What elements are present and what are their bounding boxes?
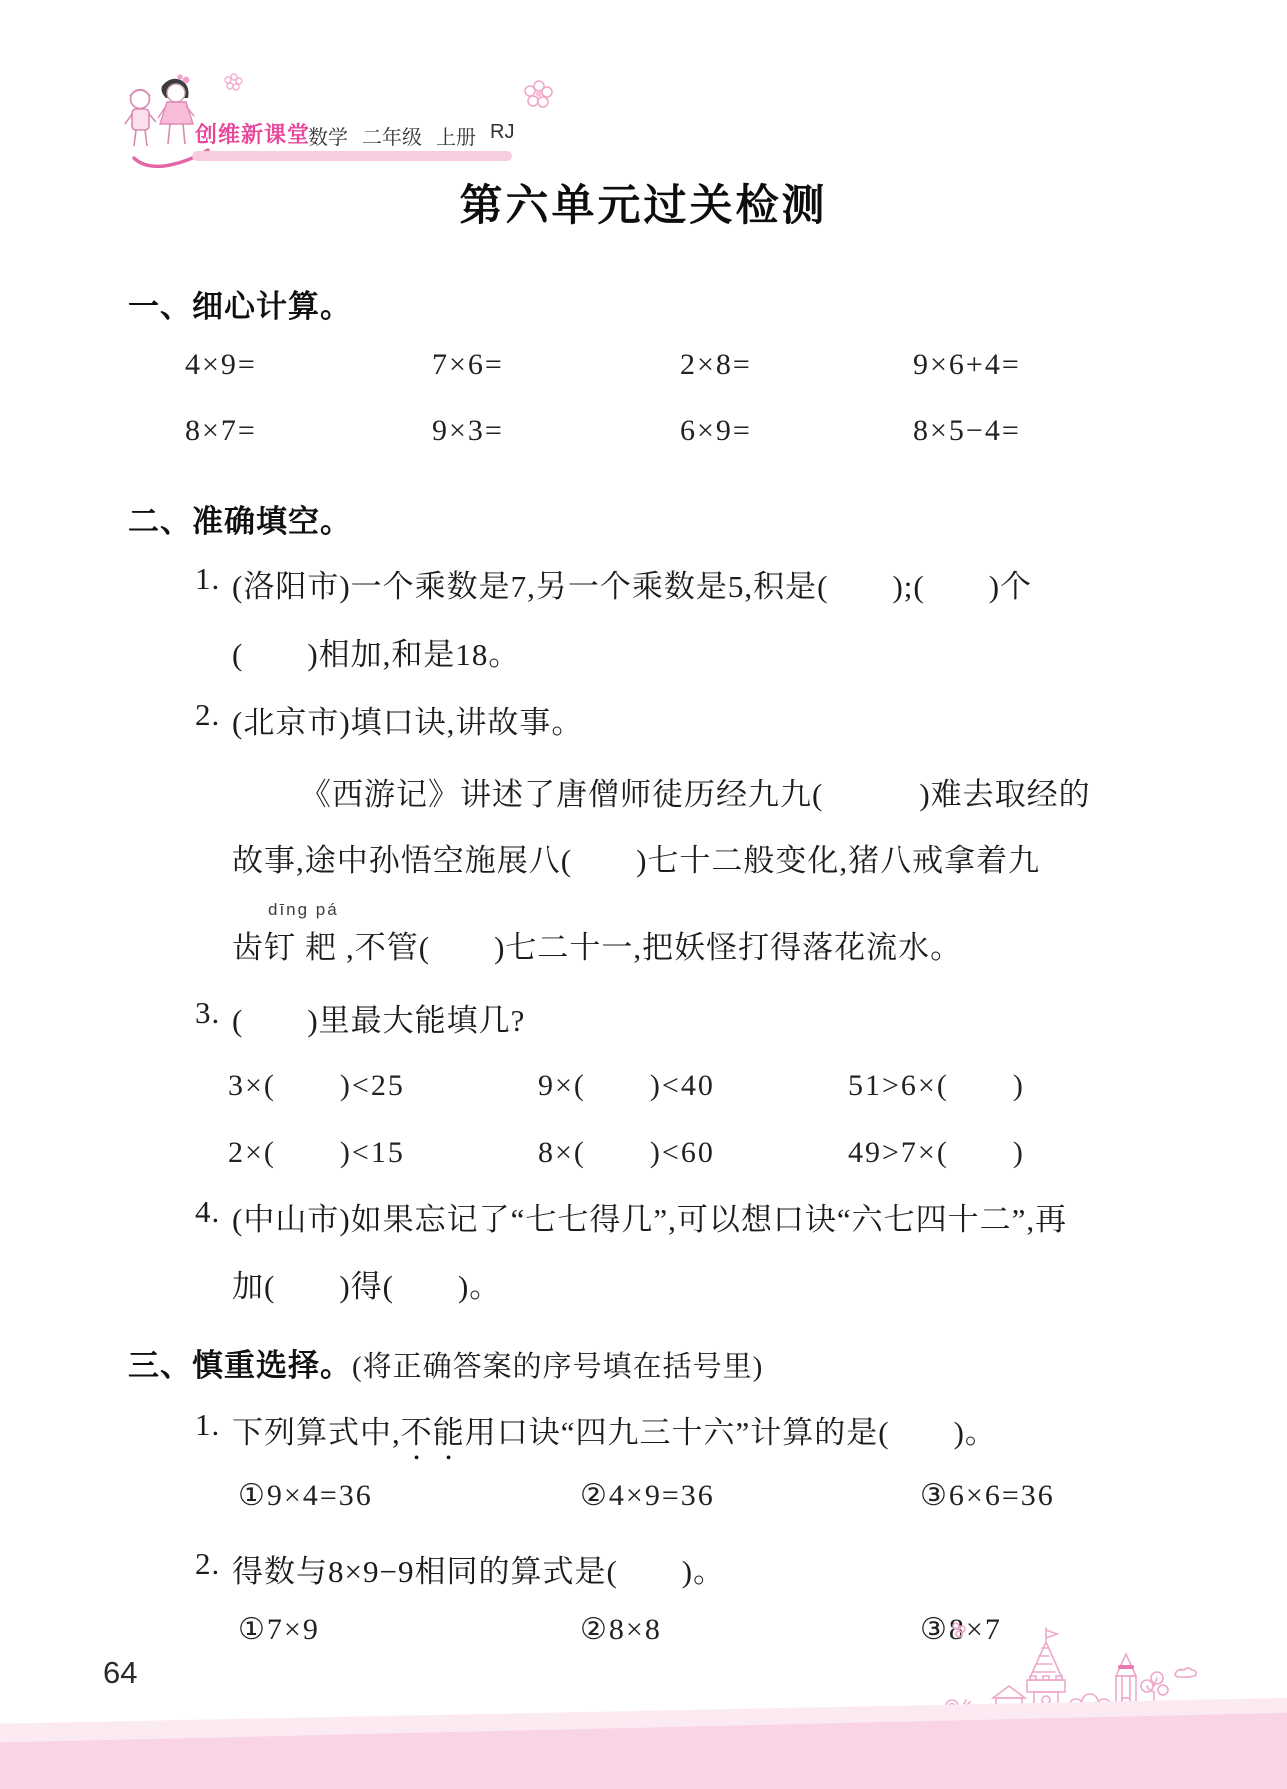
item-number: 2. — [195, 1546, 220, 1582]
pinyin-annotated-word: dīng pá钉耙 — [264, 922, 346, 967]
flower-icon — [522, 78, 556, 112]
flower-icon — [224, 72, 244, 92]
ruby-post-text: ,不管( )七二十一,把妖怪打得落花流水。 — [346, 930, 962, 965]
choice-option: ①9×4=36 — [238, 1478, 373, 1513]
pinyin-text: dīng pá — [268, 900, 339, 920]
edition-line: 数学 二年级 上册 RJ — [308, 121, 514, 150]
edition-label: RJ — [490, 121, 514, 150]
inequality-problem: 2×( )<15 — [228, 1127, 405, 1171]
calc-problem: 4×9= — [185, 348, 257, 382]
calc-problem: 6×9= — [680, 414, 752, 448]
choice-option: ②8×8 — [580, 1612, 662, 1647]
item-number: 2. — [195, 697, 220, 733]
item-number: 3. — [195, 995, 220, 1031]
calc-problem: 8×5−4= — [913, 414, 1021, 448]
calc-problem: 9×3= — [432, 414, 504, 448]
grade-label: 二年级 — [362, 121, 422, 150]
cloud-icon — [1175, 1668, 1196, 1677]
calc-problem: 8×7= — [185, 414, 257, 448]
story-paragraph-line: 《西游记》讲述了唐僧师徒历经九九( )难去取经的 — [300, 769, 1091, 814]
brand-logo: 创维新课堂 — [195, 118, 310, 149]
choice-question: 下列算式中,不能用口诀“四九三十六”计算的是( )。 — [232, 1407, 997, 1467]
brand-underline-band — [192, 151, 512, 161]
worksheet-page: 创维新课堂 数学 二年级 上册 RJ 第六单元过关检测 一、细心计算。 4×9=… — [0, 0, 1287, 1789]
ruby-base-text: 钉耙 — [264, 930, 346, 965]
section3-heading-row: 三、慎重选择。(将正确答案的序号填在括号里) — [128, 1340, 763, 1385]
story-paragraph-line: 故事,途中孙悟空施展八( )七十二般变化,猪八戒拿着九 — [232, 835, 1040, 880]
section3-heading: 三、慎重选择。 — [128, 1348, 352, 1383]
question-text: 下列算式中, — [232, 1415, 401, 1450]
page-title: 第六单元过关检测 — [0, 172, 1287, 233]
inequality-problem: 9×( )<40 — [538, 1060, 715, 1104]
inequality-problem: 3×( )<25 — [228, 1060, 405, 1104]
choice-option: ③6×6=36 — [920, 1478, 1055, 1513]
section2-heading: 二、准确填空。 — [128, 496, 352, 541]
inequality-problem: 8×( )<60 — [538, 1127, 715, 1171]
fill-blank-question: (北京市)填口诀,讲故事。 — [232, 697, 583, 742]
choice-question: 得数与8×9−9相同的算式是( )。 — [232, 1546, 725, 1591]
item-number: 1. — [195, 1407, 220, 1443]
subject-label: 数学 — [308, 121, 348, 150]
calc-problem: 2×8= — [680, 348, 752, 382]
section3-note: (将正确答案的序号填在括号里) — [352, 1351, 763, 1383]
fill-blank-question: ( )相加,和是18。 — [232, 629, 520, 674]
calc-problem: 9×6+4= — [913, 348, 1021, 382]
story-paragraph-line: 齿dīng pá钉耙,不管( )七二十一,把妖怪打得落花流水。 — [232, 922, 962, 967]
flower-icon — [953, 1623, 965, 1637]
page-number: 64 — [103, 1655, 137, 1691]
ruby-pre-text: 齿 — [232, 930, 264, 965]
question-text: 用口诀“四九三十六”计算的是( )。 — [465, 1415, 997, 1450]
fill-blank-question: ( )里最大能填几? — [232, 995, 525, 1040]
fill-blank-question: 加( )得( )。 — [232, 1261, 501, 1306]
fill-blank-question: (中山市)如果忘记了“七七得几”,可以想口诀“六七四十二”,再 — [232, 1194, 1067, 1239]
section1-heading: 一、细心计算。 — [128, 281, 352, 326]
volume-label: 上册 — [436, 121, 476, 150]
item-number: 1. — [195, 561, 220, 597]
calc-problem: 7×6= — [432, 348, 504, 382]
item-number: 4. — [195, 1194, 220, 1230]
choice-option: ①7×9 — [238, 1612, 320, 1647]
fill-blank-question: (洛阳市)一个乘数是7,另一个乘数是5,积是( );( )个 — [232, 561, 1032, 606]
inequality-problem: 49>7×( ) — [848, 1127, 1025, 1171]
choice-option: ②4×9=36 — [580, 1478, 715, 1513]
inequality-problem: 51>6×( ) — [848, 1060, 1025, 1104]
emphasized-text: 不能 — [401, 1415, 465, 1450]
